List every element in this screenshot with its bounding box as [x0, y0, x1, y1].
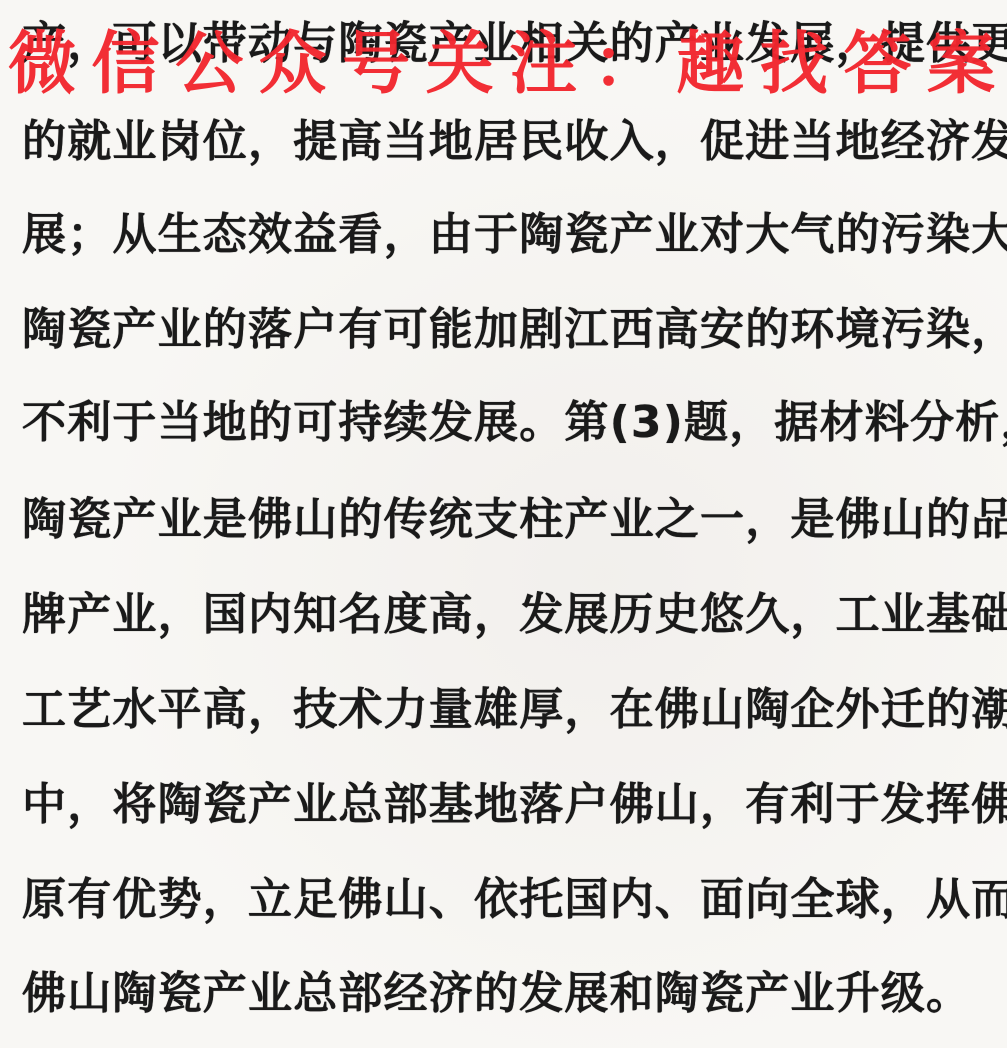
- text-line-2: 的就业岗位，提高当地居民收入，促进当地经济发: [22, 112, 992, 172]
- text-line-8: 工艺水平高，技术力量雄厚，在佛山陶企外迁的潮流: [22, 680, 992, 740]
- text-line-9: 中，将陶瓷产业总部基地落户佛山，有利于发挥佛山: [22, 775, 992, 835]
- text-line-4: 陶瓷产业的落户有可能加剧江西高安的环境污染，: [22, 300, 992, 360]
- document-page: 产，可以带动与陶瓷产业相关的产业发展，提供更多 的就业岗位，提高当地居民收入，促…: [0, 0, 1007, 1048]
- text-line-3: 展；从生态效益看，由于陶瓷产业对大气的污染大，: [22, 205, 992, 265]
- text-line-5: 不利于当地的可持续发展。第(3)题，据材料分析，: [22, 393, 992, 453]
- text-line-11: 佛山陶瓷产业总部经济的发展和陶瓷产业升级。: [22, 964, 992, 1024]
- watermark-banner: 微信公众号关注：趣找答案: [8, 25, 998, 105]
- text-line-10: 原有优势，立足佛山、依托国内、面向全球，从而促进: [22, 870, 992, 930]
- text-line-7: 牌产业，国内知名度高，发展历史悠久，工业基础好，: [22, 585, 992, 645]
- text-line-6: 陶瓷产业是佛山的传统支柱产业之一，是佛山的品: [22, 490, 992, 550]
